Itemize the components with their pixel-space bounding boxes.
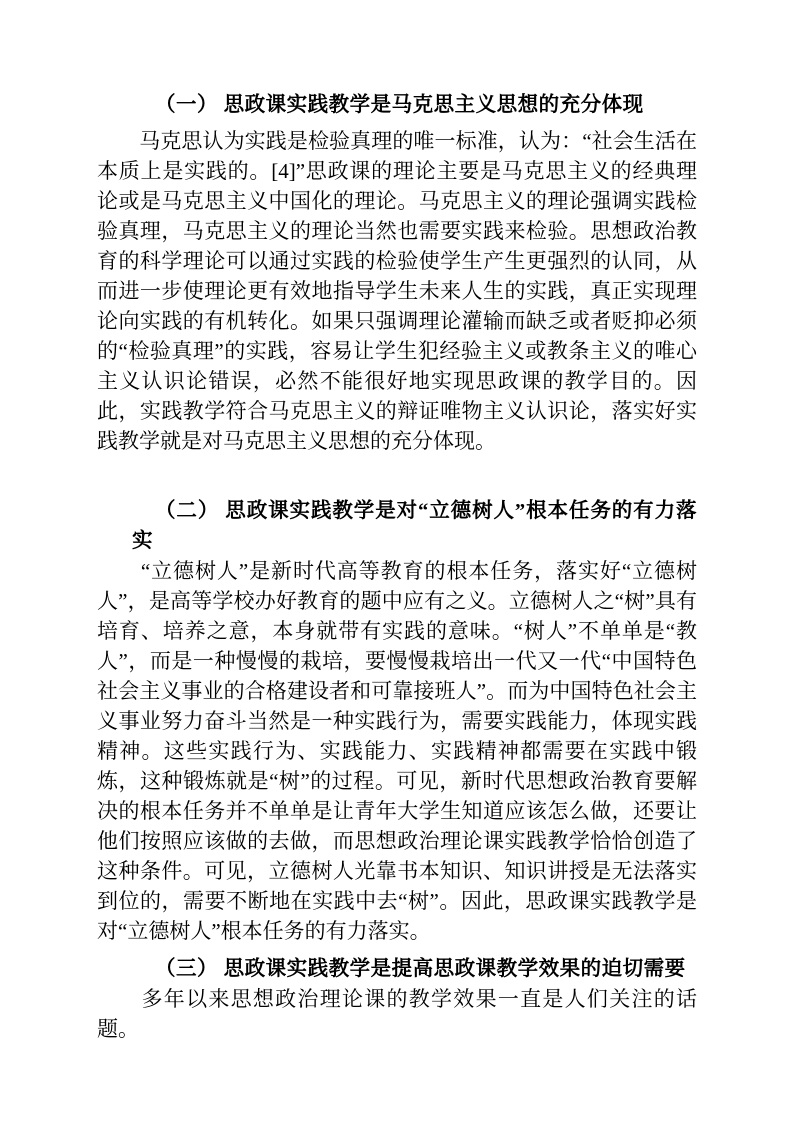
document-content: （一） 思政课实践教学是马克思主义思想的充分体现 马克思认为实践是检验真理的唯一…: [97, 90, 697, 1044]
section-1-paragraph: 马克思认为实践是检验真理的唯一标准，认为：“社会生活在本质上是实践的。[4]”思…: [97, 126, 697, 456]
section-2-heading: （二） 思政课实践教学是对“立德树人”根本任务的有力落实: [97, 496, 697, 556]
section-3-paragraph: 多年以来思想政治理论课的教学效果一直是人们关注的话题。: [97, 984, 697, 1044]
section-1: （一） 思政课实践教学是马克思主义思想的充分体现 马克思认为实践是检验真理的唯一…: [97, 90, 697, 456]
section-3-heading: （三） 思政课实践教学是提高思政课教学效果的迫切需要: [97, 954, 697, 984]
section-2-paragraph: “立德树人”是新时代高等教育的根本任务，落实好“立德树人”，是高等学校办好教育的…: [97, 556, 697, 946]
section-1-heading: （一） 思政课实践教学是马克思主义思想的充分体现: [97, 90, 697, 120]
section-3: （三） 思政课实践教学是提高思政课教学效果的迫切需要 多年以来思想政治理论课的教…: [97, 954, 697, 1044]
section-2: （二） 思政课实践教学是对“立德树人”根本任务的有力落实 “立德树人”是新时代高…: [97, 496, 697, 946]
document-page: （一） 思政课实践教学是马克思主义思想的充分体现 马克思认为实践是检验真理的唯一…: [0, 0, 794, 1122]
